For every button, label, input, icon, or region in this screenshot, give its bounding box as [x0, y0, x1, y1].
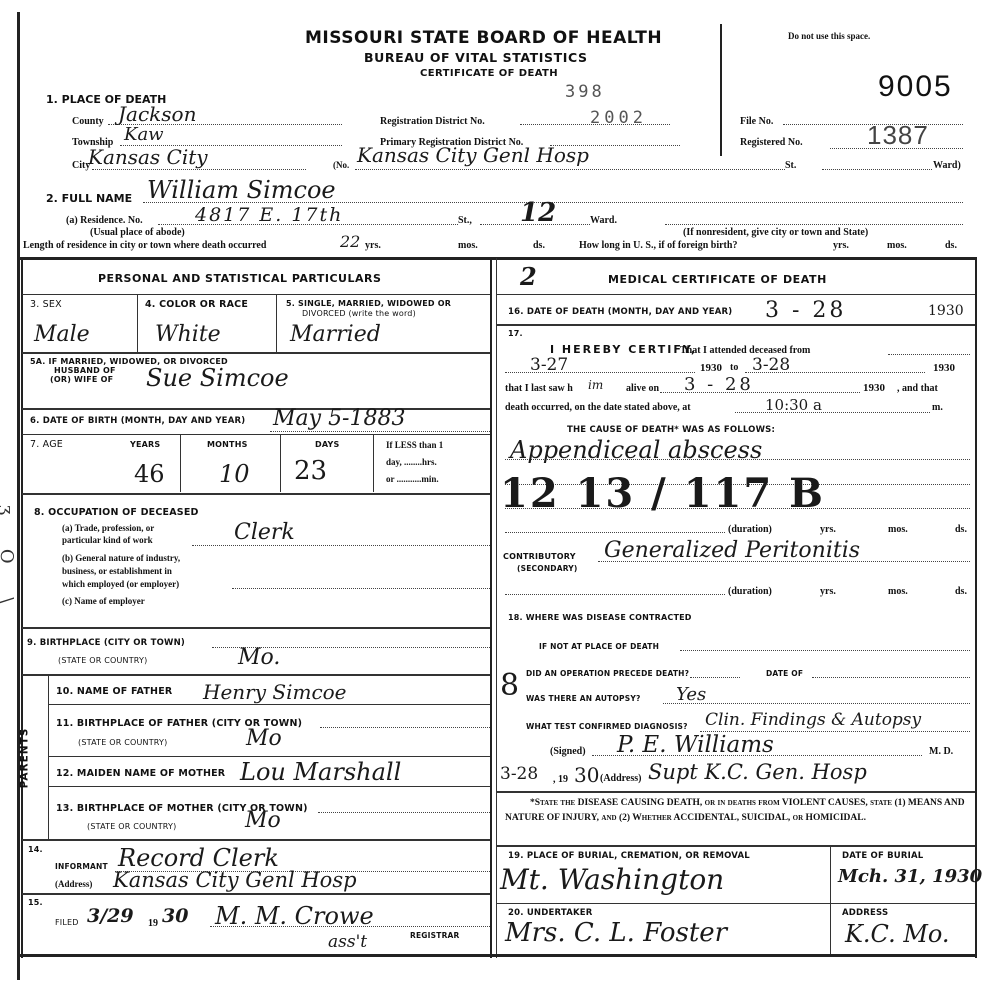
burial-place-label: 19. PLACE OF BURIAL, CREMATION, OR REMOV…: [508, 851, 750, 861]
spouse-label-husband: HUSBAND OF: [54, 366, 116, 375]
where-contracted-label: 18. WHERE WAS DISEASE CONTRACTED: [508, 613, 692, 622]
row-divider-mother-birthplace: [22, 839, 490, 841]
father-birthplace-line: [320, 727, 490, 728]
residence-ward-value: 12: [520, 198, 556, 228]
date-of-death-label: 16. DATE OF DEATH (MONTH, DAY AND YEAR): [508, 307, 732, 317]
marital-label: 5. SINGLE, MARRIED, WIDOWED OR: [286, 299, 451, 308]
trade-value: Clerk: [234, 520, 295, 545]
parents-divider: [48, 676, 49, 840]
footnote: *State the DISEASE CAUSING DEATH, or in …: [505, 796, 973, 826]
contributory-duration-ds: ds.: [955, 586, 967, 597]
last-saw-pronoun: im: [588, 378, 603, 392]
father-label: 10. NAME OF FATHER: [56, 686, 172, 697]
filed-date-value: 3/29: [87, 905, 134, 927]
last-saw-label: that I last saw h: [505, 383, 573, 394]
contributory-label: CONTRIBUTORY: [503, 552, 576, 561]
less-than-hours-label: day, ........hrs.: [386, 457, 437, 467]
last-saw-year: 1930: [863, 382, 885, 394]
age-divider-2: [280, 434, 281, 492]
row-divider-physician: [497, 791, 975, 793]
attended-from-value: 3-27: [530, 355, 568, 375]
parents-label: PARENTS: [18, 728, 30, 789]
physician-address-value: Supt K.C. Gen. Hosp: [648, 760, 867, 784]
signed-label: (Signed): [550, 746, 586, 757]
attended-to-year: 1930: [933, 362, 955, 374]
attended-to-value: 3-28: [752, 355, 790, 375]
cause-duration-mos: mos.: [888, 524, 908, 535]
race-value: White: [155, 322, 221, 347]
ward-label: Ward): [933, 160, 961, 171]
father-value: Henry Simcoe: [203, 680, 347, 704]
row-divider-footnote: [497, 845, 975, 847]
item-17-label: 17.: [508, 329, 523, 338]
date-of-birth-value: May 5-1883: [273, 406, 405, 431]
date-of-death-year: 1930: [928, 303, 964, 319]
alive-on-label: alive on: [626, 383, 659, 394]
cause-of-death-value: Appendiceal abscess: [510, 436, 762, 464]
cause-duration-label: (duration): [728, 524, 772, 535]
county-value: Jackson: [118, 102, 196, 126]
registered-no-label: Registered No.: [740, 137, 803, 148]
medical-title-divider: [497, 294, 975, 295]
autopsy-line: [663, 703, 970, 704]
informant-number: 14.: [28, 845, 43, 854]
length-of-residence-label: Length of residence in city or town wher…: [23, 240, 266, 251]
row-divider-dob: [22, 434, 490, 435]
contributory-duration-label: (duration): [728, 586, 772, 597]
column-divider-inner: [496, 258, 497, 958]
industry-label: (b) General nature of industry,: [62, 553, 180, 563]
mother-value: Lou Marshall: [240, 758, 401, 786]
age-divider-3: [373, 434, 374, 492]
right-border: [975, 258, 977, 958]
age-divider-1: [180, 434, 181, 492]
bottom-divider-left: [17, 954, 977, 957]
trade-label: (a) Trade, profession, or: [62, 523, 154, 533]
row-divider-age: [22, 493, 490, 495]
not-at-place-label: IF NOT AT PLACE OF DEATH: [539, 642, 659, 651]
nonresident-note: (If nonresident, give city or town and S…: [683, 227, 868, 238]
header-divider: [720, 24, 722, 156]
signed-year-prefix: , 19: [553, 774, 568, 785]
form-title: CERTIFICATE OF DEATH: [420, 68, 558, 79]
coding-marks: 12 13 / 117 B: [500, 470, 825, 517]
father-birthplace-state-label: (STATE OR COUNTRY): [78, 738, 167, 747]
date-of-death-value: 3 - 28: [765, 298, 846, 323]
mother-label: 12. MAIDEN NAME OF MOTHER: [56, 768, 225, 779]
undertaker-address-label: ADDRESS: [842, 908, 888, 918]
attended-to-label: to: [730, 362, 738, 373]
signed-date-value: 3-28: [500, 764, 538, 784]
medical-corner-mark: 2: [520, 262, 537, 291]
certify-lead: I HEREBY CERTIFY,: [550, 343, 697, 356]
burial-place-value: Mt. Washington: [500, 863, 724, 896]
operation-label: DID AN OPERATION PRECEDE DEATH?: [526, 669, 689, 678]
filed-label: FILED: [55, 918, 79, 927]
registered-no-value: 1387: [867, 120, 929, 151]
sex-value: Male: [34, 322, 90, 347]
side-mark: 8: [500, 668, 519, 703]
spouse-value: Sue Simcoe: [146, 364, 289, 392]
burial-date-label: DATE OF BURIAL: [842, 851, 923, 861]
autopsy-value: Yes: [676, 684, 706, 705]
undertaker-value: Mrs. C. L. Foster: [505, 918, 727, 948]
sex-race-divider: [137, 295, 138, 352]
informant-address-label: (Address): [55, 879, 92, 889]
age-months-label: MONTHS: [207, 440, 248, 449]
left-outer-border: [17, 12, 20, 980]
undertaker-label: 20. UNDERTAKER: [508, 908, 593, 918]
sex-label: 3. SEX: [30, 299, 62, 310]
age-days-value: 23: [294, 456, 327, 486]
mother-birthplace-state-value: Mo: [245, 808, 281, 833]
mother-birthplace-state-label: (STATE OR COUNTRY): [87, 822, 176, 831]
birthplace-label: 9. BIRTHPLACE (CITY OR TOWN): [27, 638, 185, 648]
ward-line: [822, 169, 932, 170]
marital-label-2: DIVORCED (write the word): [302, 309, 416, 318]
address-label: (Address): [600, 773, 641, 784]
registrar-label: REGISTRAR: [410, 931, 460, 940]
undertaker-address-value: K.C. Mo.: [845, 920, 950, 948]
margin-marks: ʒ O \: [0, 505, 17, 617]
medical-section-title: MEDICAL CERTIFICATE OF DEATH: [608, 273, 827, 286]
attended-from-year: 1930: [700, 362, 722, 374]
length-mos-label: mos.: [458, 240, 478, 251]
spouse-label-wife: (OR) WIFE OF: [50, 375, 113, 384]
informant-label: INFORMANT: [55, 862, 108, 871]
operation-line: [690, 677, 740, 678]
left-inner-border: [21, 258, 23, 958]
age-years-value: 46: [134, 460, 165, 488]
foreign-ds-label: ds.: [945, 240, 957, 251]
primary-registration-district-label: Primary Registration District No.: [380, 137, 523, 148]
usual-abode-label: (Usual place of abode): [90, 227, 185, 238]
township-value: Kaw: [124, 124, 164, 145]
cause-duration-ds: ds.: [955, 524, 967, 535]
column-divider: [490, 258, 492, 958]
institution-prefix: (No.: [333, 160, 349, 170]
burial-date-value: Mch. 31, 1930: [838, 866, 982, 887]
top-section-divider: [17, 257, 977, 260]
row-divider-informant: [22, 893, 490, 895]
burial-divider: [830, 846, 831, 954]
last-saw-date: 3 - 28: [684, 374, 754, 395]
less-than-minutes-label: or ...........min.: [386, 474, 439, 484]
contributory-duration-line: [505, 594, 725, 595]
occupation-label: 8. OCCUPATION OF DECEASED: [34, 507, 199, 518]
signed-year-value: 30: [574, 763, 599, 787]
full-name-label: 2. FULL NAME: [46, 192, 132, 205]
birthplace-state-value: Mo.: [238, 645, 280, 670]
row-divider-father-birthplace: [49, 756, 490, 757]
residence-value: 4817 E. 17th: [195, 204, 343, 226]
signed-value: P. E. Williams: [617, 732, 774, 758]
row-divider-occupation: [22, 627, 490, 629]
row-divider-father: [49, 704, 490, 705]
full-name-value: William Simcoe: [147, 176, 336, 204]
length-yrs-label: yrs.: [365, 240, 381, 251]
foreign-yrs-label: yrs.: [833, 240, 849, 251]
registration-district-value: 2002: [590, 108, 647, 128]
primary-registration-district-line: [550, 145, 680, 146]
row-divider-burial: [497, 903, 975, 904]
residence-street-label: St.,: [458, 215, 472, 226]
cause-of-death-label: THE CAUSE OF DEATH* WAS AS FOLLOWS:: [567, 425, 775, 435]
secondary-label: (SECONDARY): [517, 564, 578, 573]
contributory-duration-yrs: yrs.: [820, 586, 836, 597]
city-value: Kansas City: [88, 145, 208, 169]
document-subtitle: BUREAU OF VITAL STATISTICS: [364, 50, 588, 65]
and-that-label: , and that: [897, 383, 938, 394]
row-divider-birthplace: [22, 674, 490, 676]
city-line: [92, 169, 306, 170]
age-label: 7. AGE: [30, 439, 63, 450]
row-divider-spouse: [22, 408, 490, 410]
nonresident-line: [665, 224, 963, 225]
contributory-value: Generalized Peritonitis: [604, 538, 860, 563]
race-label: 4. COLOR OR RACE: [145, 299, 248, 310]
date-of-birth-line: [270, 431, 490, 432]
death-time-m-label: m.: [932, 402, 943, 413]
date-of-birth-label: 6. DATE OF BIRTH (MONTH, DAY AND YEAR): [30, 416, 245, 426]
institution-line: [355, 169, 785, 170]
mother-birthplace-line: [318, 812, 490, 813]
residence-label: (a) Residence. No.: [66, 215, 143, 226]
registrar-note: ass't: [328, 932, 367, 952]
personal-section-title: PERSONAL AND STATISTICAL PARTICULARS: [98, 272, 381, 285]
age-years-label: YEARS: [130, 440, 160, 449]
row-divider-marital: [22, 352, 490, 354]
filed-year-value: 30: [162, 905, 188, 927]
trade-label-2: particular kind of work: [62, 535, 153, 545]
filed-year-prefix: 19: [148, 918, 158, 929]
marital-value: Married: [290, 322, 381, 347]
autopsy-label: WAS THERE AN AUTOPSY?: [526, 694, 641, 703]
age-months-value: 10: [219, 460, 250, 488]
birthplace-state-label: (STATE OR COUNTRY): [58, 656, 147, 665]
informant-address-value: Kansas City Genl Hosp: [113, 868, 357, 892]
certify-text: That I attended deceased from: [680, 345, 810, 356]
father-birthplace-state-value: Mo: [246, 726, 282, 751]
cause-duration-line: [505, 532, 725, 533]
death-occurred-label: death occurred, on the date stated above…: [505, 402, 691, 413]
race-marital-divider: [276, 295, 277, 352]
cause-duration-yrs: yrs.: [820, 524, 836, 535]
length-of-residence-years: 22: [340, 232, 360, 251]
trade-line: [192, 545, 490, 546]
street-label: St.: [785, 160, 796, 171]
employer-label: (c) Name of employer: [62, 596, 145, 606]
registration-district-label: Registration District No.: [380, 116, 485, 127]
filed-number: 15.: [28, 898, 43, 907]
stamp-number: 398: [565, 82, 605, 102]
document-title: MISSOURI STATE BOARD OF HEALTH: [305, 28, 662, 48]
contributory-duration-mos: mos.: [888, 586, 908, 597]
personal-title-divider: [22, 294, 490, 295]
foreign-birth-label: How long in U. S., if of foreign birth?: [579, 240, 737, 251]
operation-date-label: DATE OF: [766, 669, 803, 678]
md-label: M. D.: [929, 746, 953, 757]
industry-line: [232, 588, 490, 589]
registrar-value: M. M. Crowe: [215, 902, 374, 930]
foreign-mos-label: mos.: [887, 240, 907, 251]
file-no-label: File No.: [740, 116, 773, 127]
certificate-number: 9005: [878, 70, 953, 104]
county-label: County: [72, 116, 104, 127]
length-ds-label: ds.: [533, 240, 545, 251]
less-than-label: If LESS than 1: [386, 440, 443, 450]
age-days-label: DAYS: [315, 440, 339, 449]
not-at-place-line: [680, 650, 970, 651]
test-label: WHAT TEST CONFIRMED DIAGNOSIS?: [526, 722, 688, 731]
test-value: Clin. Findings & Autopsy: [705, 710, 921, 730]
industry-label-3: which employed (or employer): [62, 579, 179, 589]
reserved-space-note: Do not use this space.: [788, 31, 870, 41]
industry-label-2: business, or establishment in: [62, 566, 172, 576]
row-divider-date-of-death: [497, 324, 975, 326]
residence-ward-label: Ward.: [590, 215, 617, 226]
certify-line: [888, 354, 970, 355]
row-divider-mother: [49, 786, 490, 787]
death-time-value: 10:30 a: [765, 396, 822, 414]
operation-date-line: [812, 677, 970, 678]
